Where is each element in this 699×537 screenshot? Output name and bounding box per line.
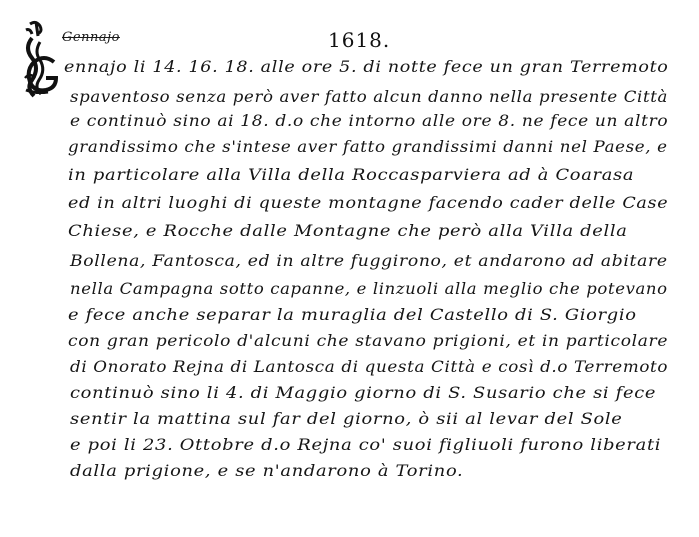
text-line-7: Chiese, e Rocche dalle Montagne che però… bbox=[68, 222, 628, 240]
text-line-6: ed in altri luoghi di queste montagne fa… bbox=[68, 194, 668, 212]
text-line-15: e poi li 23. Ottobre d.o Rejna co' suoi … bbox=[70, 436, 661, 454]
text-line-10: e fece anche separar la muraglia del Cas… bbox=[68, 306, 637, 324]
text-line-12: di Onorato Rejna di Lantosca di questa C… bbox=[70, 358, 668, 376]
text-line-3: e continuò sino ai 18. d.o che intorno a… bbox=[70, 112, 668, 130]
text-line-8: Bollena, Fantosca, ed in altre fuggirono… bbox=[70, 252, 668, 270]
text-line-16: dalla prigione, e se n'andarono à Torino… bbox=[70, 462, 463, 480]
text-line-2: spaventoso senza però aver fatto alcun d… bbox=[70, 88, 668, 106]
text-line-11: con gran pericolo d'alcuni che stavano p… bbox=[68, 332, 668, 350]
text-line-9: nella Campagna sotto capanne, e linzuoli… bbox=[70, 280, 668, 298]
text-line-14: sentir la mattina sul far del giorno, ò … bbox=[70, 410, 623, 428]
large-capital-g-icon bbox=[24, 54, 66, 94]
manuscript-page: Gennajo 1618. ennajo li 14. 16. 18. alle… bbox=[0, 0, 699, 537]
year-heading: 1618. bbox=[328, 28, 390, 52]
text-line-5: in particolare alla Villa della Roccaspa… bbox=[68, 166, 634, 184]
header-word: Gennajo bbox=[62, 30, 120, 45]
text-line-1: ennajo li 14. 16. 18. alle ore 5. di not… bbox=[64, 58, 669, 76]
text-line-13: continuò sino li 4. di Maggio giorno di … bbox=[70, 384, 656, 402]
text-line-4: grandissimo che s'intese aver fatto gran… bbox=[68, 138, 668, 156]
